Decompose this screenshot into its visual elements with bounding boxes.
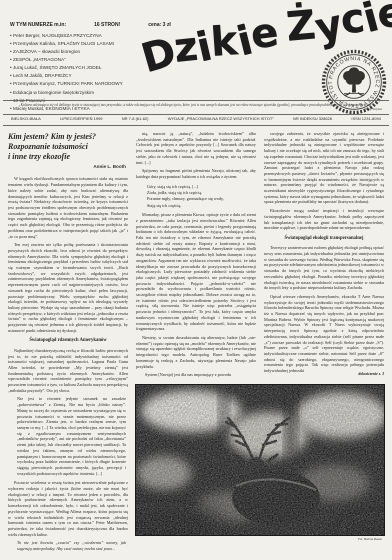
deer-photo	[136, 385, 384, 535]
epigraph-attribution: - Gary Snyder	[363, 107, 382, 111]
imprint-city: BIELSKO-BIAŁA	[11, 116, 41, 121]
masthead-header: W TYM NUMERZE m.in: 16 STRON! cena: 3 zł…	[10, 4, 388, 100]
imprint-bar: BIELSKO-BIAŁA LIPIEC/SIERPIEŃ 1999 NR 7-…	[3, 112, 389, 126]
toc-item: ZESPÓŁ „MATRAGONA”	[10, 57, 142, 64]
imprint-issue-number: NR 7-8 (61-62)	[122, 116, 149, 121]
toc-item: Przemysław Kunysz, TURNICKI PARK NARODOW…	[10, 81, 142, 88]
article-body: Kim jestem? Kim ty jesteś? Rozpoznanie t…	[8, 131, 384, 556]
imprint-date: LIPIEC/SIERPIEŃ 1999	[60, 116, 102, 121]
paragraph: nią, nazwać ją „naturą”, „ludzkim środow…	[136, 131, 256, 165]
paragraph: Teoretycy zainteresowani ruchem głębokie…	[264, 245, 384, 291]
paragraph: Opisał wiersze rdzennych Amerykanów, eko…	[264, 294, 384, 374]
block-quote: System [Navajo] jest dla nas imponujący …	[145, 372, 254, 378]
pages-count-label: 16 STRON!	[94, 22, 120, 28]
article-title: Kim jestem? Kim ty jesteś? Rozpoznanie t…	[8, 132, 128, 161]
newspaper-front-page: W TYM NUMERZE m.in: 16 STRON! cena: 3 zł…	[0, 0, 392, 560]
paragraph: Niestety, w swoim doszukiwaniu się alter…	[136, 335, 256, 369]
toc-item: Juraj Lukač, ŚWIĘTO ZMARŁYCH JODEŁ	[10, 65, 142, 72]
section-heading: Światopogląd rdzennych Amerykanów	[8, 338, 128, 344]
toc-item: Lech M.Jakób, DRAPIEŻCY	[10, 73, 142, 80]
block-quote: To nie jest kwestia „czucia” czy „wiedze…	[17, 540, 126, 551]
paragraph: Najbardziej charakterystyczną cechą w fi…	[8, 348, 128, 394]
paragraph: W kręgach ekofilozoficznych sprawa tożsa…	[8, 176, 128, 239]
imprint-publisher: WYDAJE „PRACOWNIA NA RZECZ WSZYSTKICH IS…	[168, 116, 274, 121]
toc-item: Edukacja w bioregionie świętokrzyskim	[10, 90, 142, 97]
photo-caption: Fot. Bożena Rauza	[358, 537, 382, 541]
imprint-index-number: NR INDEKSU 328626	[293, 116, 332, 121]
in-this-issue-label: W TYM NUMERZE m.in:	[10, 22, 66, 28]
paragraph: Ten esej zawiera nie tylko próbę porówna…	[8, 242, 128, 333]
article-column-2: nią, nazwać ją „naturą”, „ludzkim środow…	[136, 131, 256, 381]
article-author: Annie L. Booth	[8, 164, 126, 170]
block-quote: Nie jest to również jedynie stosunek na …	[17, 396, 126, 476]
paragraph: swojego założenia, że wszystkie zjawiska…	[264, 131, 384, 205]
imprint-issn: ISSN 1231-8094	[351, 116, 381, 121]
toc-item: Przemysław Kalinka, SPŁAĆMY DŁUGI LASAMI	[10, 41, 142, 48]
price-label: cena: 3 zł	[148, 22, 171, 28]
toc-item: Peter Berger, NAJGŁĘBSZA PRZYCZYNA	[10, 33, 142, 40]
paragraph: Spójrzmy na fragment pieśni plemienia Na…	[136, 168, 256, 179]
article-column-3: swojego założenia, że wszystkie zjawiska…	[264, 131, 384, 381]
continuation-note: dokończenie s. 3	[358, 372, 384, 376]
paragraph: Poczucie wcielenia w resztę świata jest …	[8, 480, 128, 537]
article-column-1: Kim jestem? Kim ty jesteś? Rozpoznanie t…	[8, 131, 128, 555]
navajo-song-quote: Góry, stają się ich częścią. [...] Zioła…	[147, 184, 256, 209]
toc-item: ZAJEŻOVA – słowacki bioregion	[10, 49, 142, 56]
paragraph: Momaday, pisarz z plemienia Kiowa, opisu…	[136, 212, 256, 332]
paragraph: Ekozofowie mogą szukać inspiracji i inst…	[264, 208, 384, 231]
section-heading: Światopogląd ekologii transpersonalnej	[264, 236, 384, 242]
